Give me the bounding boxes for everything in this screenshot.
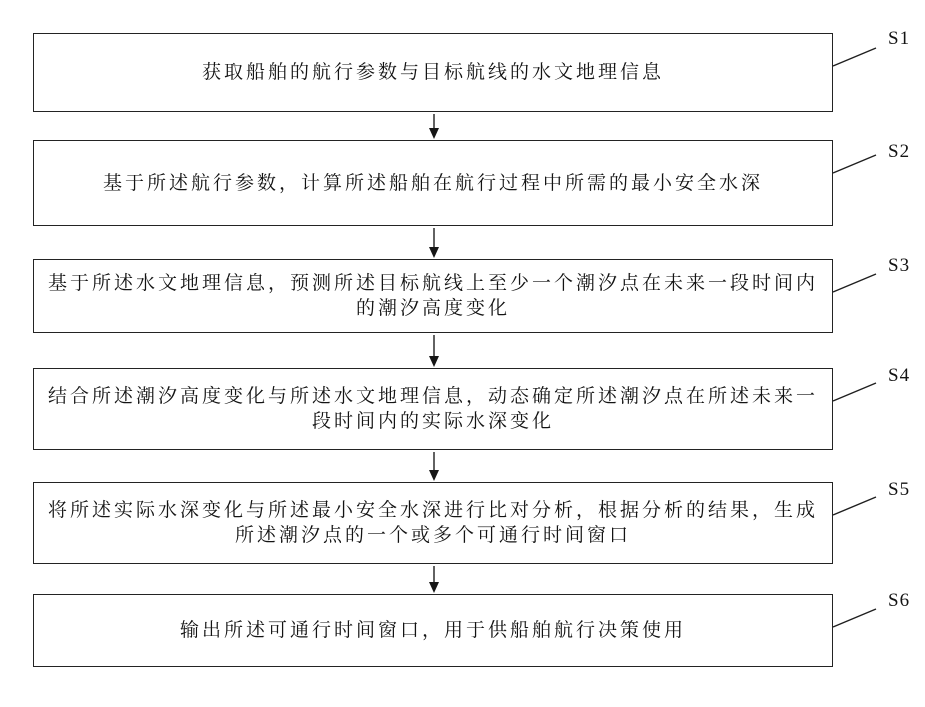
down-arrowhead-icon bbox=[429, 582, 439, 593]
step-label-s5: S5 bbox=[888, 479, 910, 501]
step-box-s6: 输出所述可通行时间窗口，用于供船舶航行决策使用 bbox=[33, 594, 833, 667]
step-leader-line-s4 bbox=[833, 383, 876, 401]
step-label-s1: S1 bbox=[888, 28, 910, 50]
step-leader-line-s6 bbox=[833, 609, 876, 627]
down-arrowhead-icon bbox=[429, 247, 439, 258]
step-text-line: 的潮汐高度变化 bbox=[356, 296, 510, 321]
step-text-line: 所述潮汐点的一个或多个可通行时间窗口 bbox=[235, 523, 631, 548]
step-text-line: 基于所述航行参数，计算所述船舶在航行过程中所需的最小安全水深 bbox=[103, 171, 763, 196]
step-label-s6: S6 bbox=[888, 590, 910, 612]
step-text-line: 段时间内的实际水深变化 bbox=[312, 409, 554, 434]
step-text-line: 输出所述可通行时间窗口，用于供船舶航行决策使用 bbox=[180, 618, 686, 643]
step-box-s3: 基于所述水文地理信息，预测所述目标航线上至少一个潮汐点在未来一段时间内 的潮汐高… bbox=[33, 259, 833, 333]
down-arrowhead-icon bbox=[429, 470, 439, 481]
down-arrowhead-icon bbox=[429, 356, 439, 367]
step-leader-line-s5 bbox=[833, 497, 876, 515]
step-text-line: 获取船舶的航行参数与目标航线的水文地理信息 bbox=[202, 60, 664, 85]
step-label-s3: S3 bbox=[888, 255, 910, 277]
step-label-s4: S4 bbox=[888, 365, 910, 387]
step-box-s1: 获取船舶的航行参数与目标航线的水文地理信息 bbox=[33, 33, 833, 112]
step-leader-line-s2 bbox=[833, 155, 876, 173]
patent-flowchart-figure: 获取船舶的航行参数与目标航线的水文地理信息 S1 基于所述航行参数，计算所述船舶… bbox=[0, 0, 925, 707]
down-arrowhead-icon bbox=[429, 128, 439, 139]
step-text-line: 将所述实际水深变化与所述最小安全水深进行比对分析，根据分析的结果，生成 bbox=[48, 498, 818, 523]
step-text-line: 结合所述潮汐高度变化与所述水文地理信息，动态确定所述潮汐点在所述未来一 bbox=[48, 384, 818, 409]
step-text-line: 基于所述水文地理信息，预测所述目标航线上至少一个潮汐点在未来一段时间内 bbox=[48, 271, 818, 296]
step-box-s4: 结合所述潮汐高度变化与所述水文地理信息，动态确定所述潮汐点在所述未来一 段时间内… bbox=[33, 368, 833, 450]
step-label-s2: S2 bbox=[888, 141, 910, 163]
step-leader-line-s1 bbox=[833, 48, 876, 66]
step-box-s5: 将所述实际水深变化与所述最小安全水深进行比对分析，根据分析的结果，生成 所述潮汐… bbox=[33, 482, 833, 564]
step-box-s2: 基于所述航行参数，计算所述船舶在航行过程中所需的最小安全水深 bbox=[33, 140, 833, 226]
step-leader-line-s3 bbox=[833, 274, 876, 292]
